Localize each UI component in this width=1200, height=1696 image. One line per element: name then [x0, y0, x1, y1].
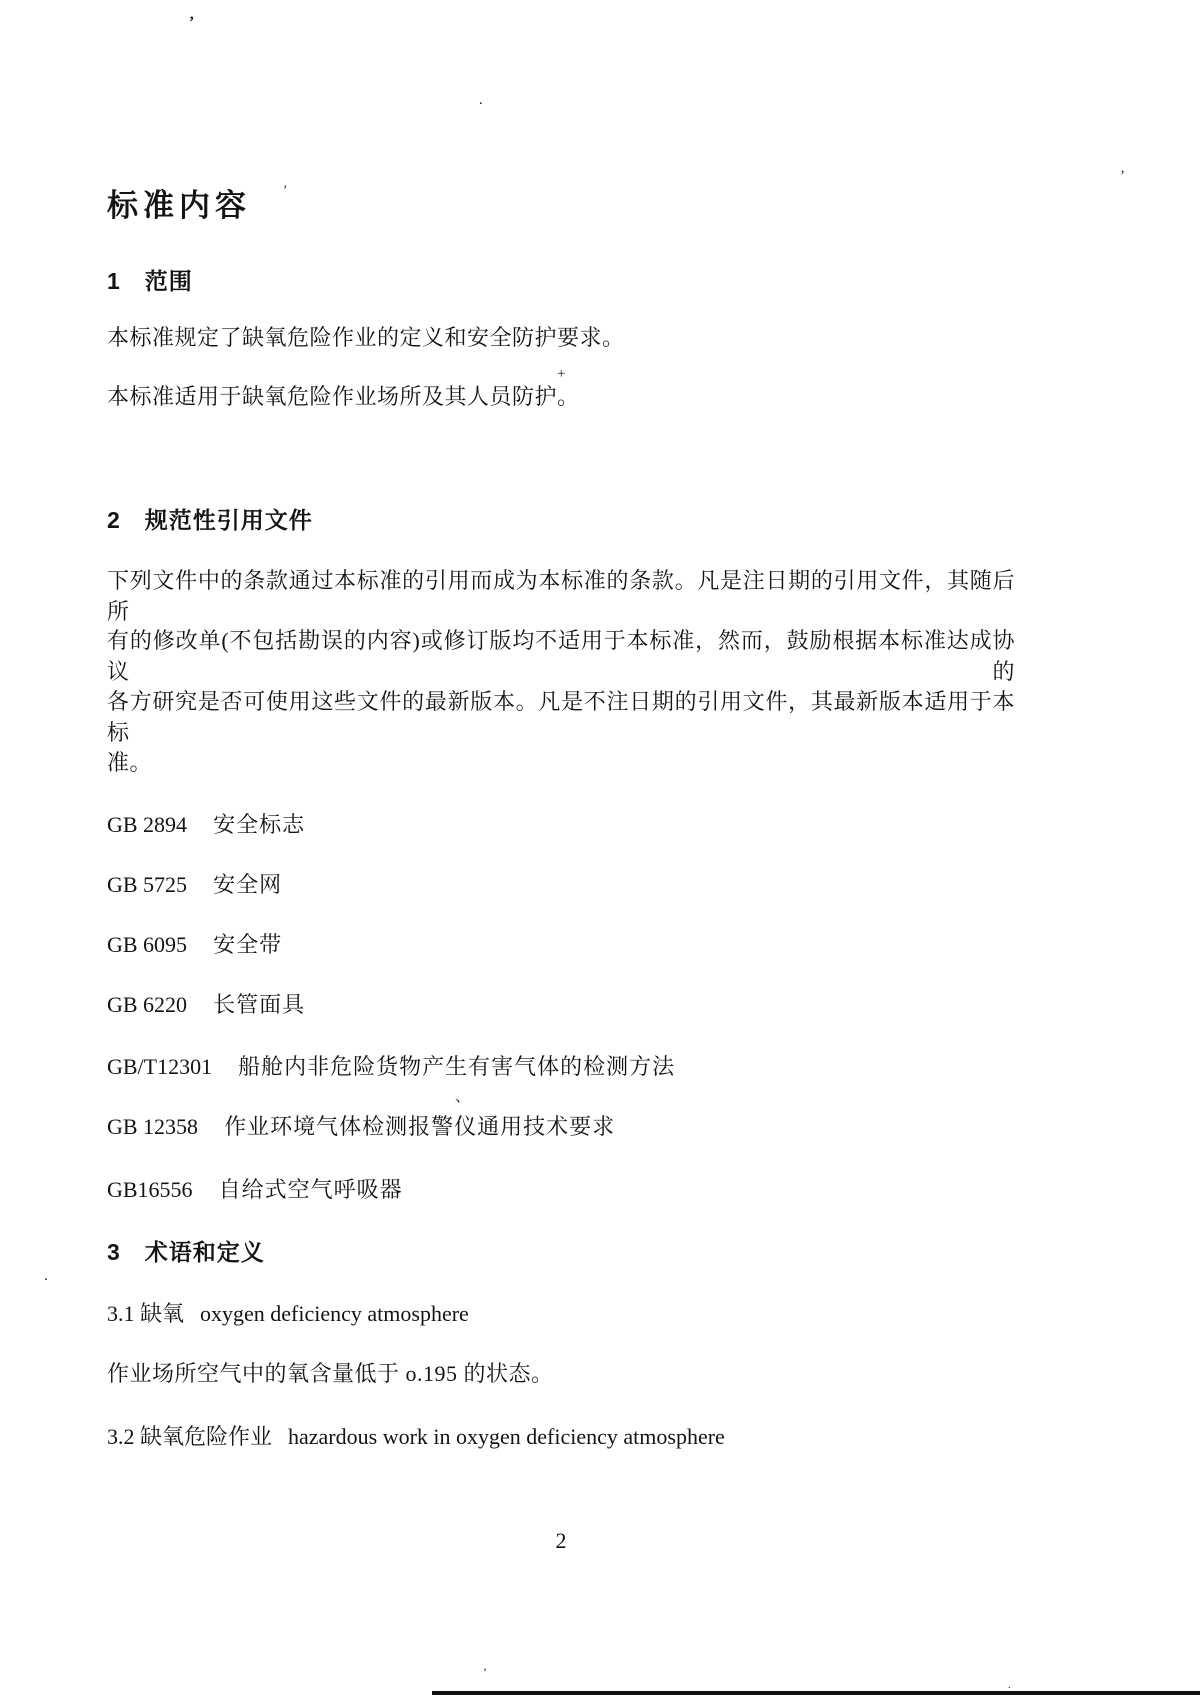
scan-artifact: .: [44, 1268, 48, 1285]
scope-paragraph-2: 本标准适用于缺氧危险作业场所及其人员防护。: [107, 380, 580, 411]
section-2-heading: 2 规范性引用文件: [107, 502, 313, 535]
reference-item: GB 2894安全标志: [107, 808, 305, 839]
normative-refs-line-3: 各方研究是否可使用这些文件的最新版本。凡是不注日期的引用文件，其最新版本适用于本…: [107, 685, 1015, 747]
page-title: 标准内容: [107, 180, 251, 225]
reference-title: 安全标志: [213, 812, 305, 837]
scan-artifact: 、: [455, 1085, 470, 1106]
reference-item: GB 5725安全网: [107, 868, 282, 899]
reference-title: 船舱内非危险货物产生有害气体的检测方法: [238, 1054, 675, 1079]
reference-code: GB16556: [107, 1177, 193, 1202]
scan-artifact: .: [1008, 1680, 1011, 1691]
reference-code: GB 12358: [107, 1114, 198, 1139]
reference-code: GB 5725: [107, 872, 187, 897]
term-3-1-definition: 作业场所空气中的氧含量低于 o.195 的状态。: [107, 1357, 554, 1388]
page-number: 2: [107, 1528, 1015, 1554]
term-3-2: 3.2 缺氧危险作业hazardous work in oxygen defic…: [107, 1420, 725, 1451]
scan-artifact: ’: [1120, 168, 1125, 185]
reference-item: GB/T12301船舱内非危险货物产生有害气体的检测方法: [107, 1050, 675, 1081]
reference-title: 自给式空气呼吸器: [219, 1177, 403, 1202]
normative-refs-line-2: 有的修改单(不包括勘误的内容)或修订版均不适用于本标准，然而，鼓励根据本标准达成…: [107, 624, 1015, 686]
term-3-2-zh: 3.2 缺氧危险作业: [107, 1424, 272, 1449]
reference-item: GB 12358作业环境气体检测报警仪通用技术要求: [107, 1110, 615, 1141]
reference-code: GB/T12301: [107, 1054, 212, 1079]
reference-title: 安全带: [213, 932, 282, 957]
reference-code: GB 6095: [107, 932, 187, 957]
term-3-1-en: oxygen deficiency atmosphere: [200, 1301, 469, 1326]
scan-artifact: ’: [483, 1665, 487, 1680]
reference-title: 长管面具: [213, 992, 305, 1017]
reference-item: GB 6220长管面具: [107, 988, 305, 1019]
scan-artifact: .: [479, 92, 483, 109]
reference-item: GB 6095安全带: [107, 928, 282, 959]
reference-title: 作业环境气体检测报警仪通用技术要求: [224, 1114, 615, 1139]
scope-paragraph-1: 本标准规定了缺氧危险作业的定义和安全防护要求。: [107, 321, 625, 352]
reference-code: GB 2894: [107, 812, 187, 837]
document-page: { "document": { "title": "标准内容", "page_n…: [0, 0, 1200, 1696]
scan-artifact: ’: [189, 14, 194, 32]
term-3-2-en: hazardous work in oxygen deficiency atmo…: [288, 1424, 725, 1449]
term-3-1-zh: 3.1 缺氧: [107, 1301, 184, 1326]
section-3-heading: 3 术语和定义: [107, 1234, 265, 1267]
normative-refs-line-4: 准。: [107, 746, 152, 777]
reference-title: 安全网: [213, 872, 282, 897]
section-1-heading: 1 范围: [107, 263, 193, 296]
normative-refs-line-1: 下列文件中的条款通过本标准的引用而成为本标准的条款。凡是注日期的引用文件，其随后…: [107, 564, 1015, 626]
reference-item: GB16556自给式空气呼吸器: [107, 1173, 403, 1204]
scan-artifact: ’: [283, 182, 287, 198]
reference-code: GB 6220: [107, 992, 187, 1017]
scan-edge-bar: [432, 1691, 1200, 1695]
term-3-1: 3.1 缺氧oxygen deficiency atmosphere: [107, 1297, 469, 1328]
scan-artifact: +: [557, 366, 565, 383]
